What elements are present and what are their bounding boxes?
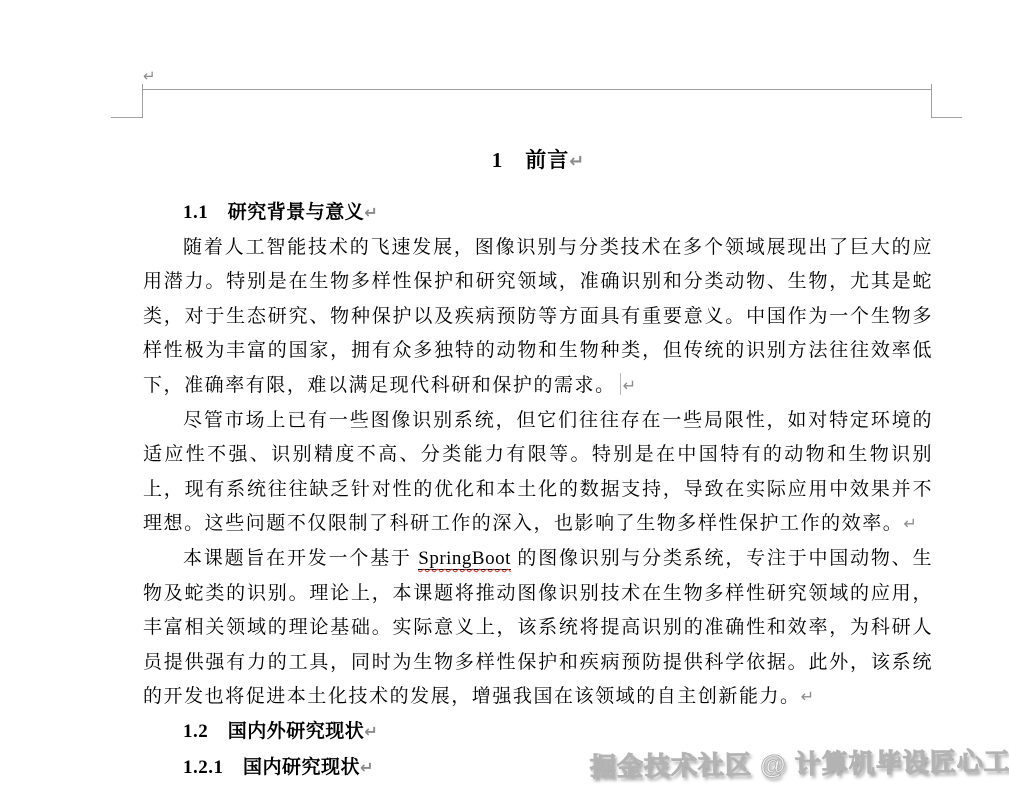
heading-1-2[interactable]: 1.2 国内外研究现状↵ — [143, 715, 933, 750]
top-margin-boundary-line — [142, 89, 932, 90]
paragraph-3-text-before: 本课题旨在开发一个基于 — [183, 548, 418, 569]
paragraph-mark-icon: ↵ — [364, 722, 378, 741]
paragraph-1-text: 随着人工智能技术的飞速发展，图像识别与分类技术在多个领域展现出了巨大的应用潜力。… — [143, 237, 933, 396]
paragraph-mark-icon: ↵ — [903, 514, 917, 533]
margin-corner-mark-right-horizontal — [931, 117, 962, 118]
heading-1-2-1-text: 1.2.1 国内研究现状 — [183, 757, 360, 778]
paragraph-3-text-after: 的图像识别与分类系统，专注于中国动物、生物及蛇类的识别。理论上，本课题将推动图像… — [143, 548, 933, 707]
document-text-area[interactable]: 1 前言↵ 1.1 研究背景与意义↵ 随着人工智能技术的飞速发展，图像识别与分类… — [143, 140, 933, 785]
paragraph-2-text: 尽管市场上已有一些图像识别系统，但它们往往存在一些局限性，如对特定环境的适应性不… — [143, 410, 933, 535]
margin-corner-mark-left-vertical — [142, 89, 143, 118]
springboot-term-misspelling: SpringBoot — [418, 548, 511, 570]
heading-1-2-1[interactable]: 1.2.1 国内研究现状↵ — [143, 751, 933, 786]
paragraph-3[interactable]: 本课题旨在开发一个基于 SpringBoot 的图像识别与分类系统，专注于中国动… — [143, 542, 933, 715]
paragraph-mark-icon: ↵ — [360, 758, 374, 777]
paragraph-1[interactable]: 随着人工智能技术的飞速发展，图像识别与分类技术在多个领域展现出了巨大的应用潜力。… — [143, 231, 933, 404]
paragraph-mark-icon: ↵ — [364, 203, 378, 222]
header-paragraph-mark-icon: ↵ — [143, 66, 156, 86]
chapter-title[interactable]: 1 前言↵ — [143, 140, 933, 182]
paragraph-mark-icon: ↵ — [569, 151, 584, 172]
paragraph-mark-icon: ↵ — [801, 687, 815, 706]
chapter-title-text: 1 前言 — [492, 148, 570, 172]
paragraph-mark-icon: ↵ — [623, 376, 637, 395]
text-cursor — [620, 373, 621, 395]
heading-1-1[interactable]: 1.1 研究背景与意义↵ — [143, 196, 933, 231]
margin-corner-mark-left-horizontal — [111, 117, 142, 118]
margin-corner-mark-right-vertical — [931, 89, 932, 118]
word-document-page: { "marks": { "paragraph": "↵" }, "doc": … — [0, 0, 1009, 798]
heading-1-1-text: 1.1 研究背景与意义 — [183, 202, 364, 223]
paragraph-2[interactable]: 尽管市场上已有一些图像识别系统，但它们往往存在一些局限性，如对特定环境的适应性不… — [143, 404, 933, 542]
heading-1-2-text: 1.2 国内外研究现状 — [183, 721, 364, 742]
